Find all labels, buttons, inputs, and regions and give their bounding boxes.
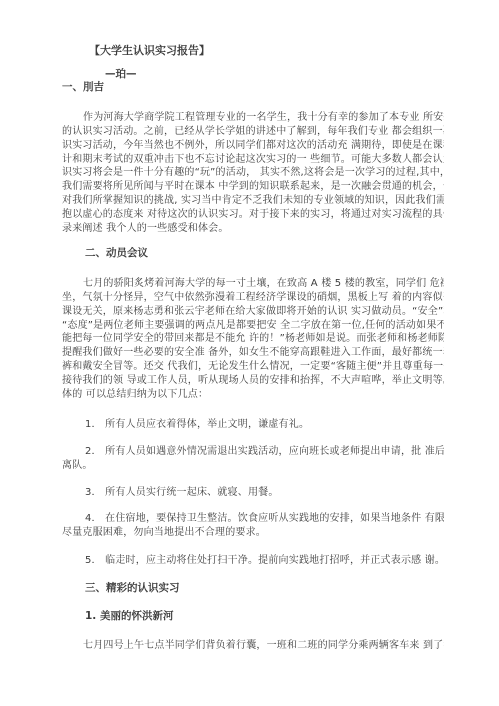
text-line: 对我们所掌握知识的挑战, 实习当中肯定不乏我们未知的专业领域的知识，因此我们需要 <box>62 194 444 208</box>
rule-item-3: 3． 所有人员实行统一起床、就寝、用餐。 <box>62 486 444 500</box>
paragraph-departure: 七月四号上午七点半同学们背负着行囊，一班和二班的同学分乘两辆客车来 到了我 <box>62 639 444 653</box>
document-body: 【大学生认识实习报告】 —珀— 一、刖吉 作为河海大学商学院工程管理专业的一名学… <box>62 44 444 653</box>
text-line: 离队。 <box>62 459 444 473</box>
section-heading-mobilization-meeting: 二、动员会议 <box>62 247 444 261</box>
section-heading-preface: 一、刖吉 <box>62 81 444 95</box>
text-line: 我们需要将所见所闻与平时在课本 中学到的知识联系起来，是一次融会贯通的机会，也是 <box>62 180 444 194</box>
text-line: 能把每一位同学安全的带回来都是不能允 许的！”杨老师如是说。而张老师和杨老师除了 <box>62 332 444 346</box>
text-line: 体的 可以总结归纳为以下几点： <box>62 388 444 402</box>
text-line: 1． 所有人员应衣着得体，举止文明，谦虚有礼。 <box>62 418 444 432</box>
text-line: 裤和戴安全冒等。还交 代我们，无论发生什么情况，一定要“客随主便”并且尊重每一个 <box>62 360 444 374</box>
document-byline: —珀— <box>62 68 444 81</box>
paragraph-mobilization-meeting: 七月的骄阳炙烤着河海大学的每一寸土壤，在致高 A 楼 5 楼的教室，同学们 危襟… <box>62 277 444 402</box>
rule-item-5: 5． 临走时，应主动将住处打扫干净。提前向实践地打招呼，并正式表示感 谢。 <box>62 554 444 568</box>
text-line: 3． 所有人员实行统一起床、就寝、用餐。 <box>62 486 444 500</box>
text-line: 的认识实习活动。之前，已经从学长学姐的讲述中了解到，每年我们专业 都会组织一次认 <box>62 125 444 139</box>
text-line: 识实习将会是一件十分有趣的“玩”的活动， 其实不然,这将会是一次学习的过程,其中… <box>62 166 444 180</box>
subsection-heading-huaihong-river: 1. 美丽的怀洪新河 <box>62 610 444 624</box>
text-line: 七月的骄阳炙烤着河海大学的每一寸土壤，在致高 A 楼 5 楼的教室，同学们 危襟… <box>62 277 444 291</box>
rule-item-2: 2． 所有人员如遇意外情况需退出实践活动，应向班长或老师提出申请，批 准后方可离… <box>62 445 444 473</box>
text-line: 2． 所有人员如遇意外情况需退出实践活动，应向班长或老师提出申请，批 准后方可 <box>62 445 444 459</box>
text-line: 识实习活动，今年当然也不例外，所以同学们都对这次的活动充 满期待，即使是在课程设 <box>62 139 444 153</box>
text-line: 坐，气氛十分怪异，空气中依然弥漫着工程经济学课设的硝烟，黑板上写 着的内容似乎跟 <box>62 291 444 305</box>
text-line: 5． 临走时，应主动将住处打扫干净。提前向实践地打招呼，并正式表示感 谢。 <box>62 554 444 568</box>
document-title: 【大学生认识实习报告】 <box>62 44 444 57</box>
document-page: 【大学生认识实习报告】 —珀— 一、刖吉 作为河海大学商学院工程管理专业的一名学… <box>0 0 499 706</box>
rule-item-4: 4． 在住宿地，要保持卫生整洁。饮食应听从实践地的安排，如果当地条件 有限，应尽… <box>62 512 444 540</box>
text-line: 尽量克服困难，勿向当地提出不合理的要求。 <box>62 526 444 540</box>
text-line: 课设无关，原来杨志勇和张云宇老师在给大家做即将开始的认识 实习做动员。“安全”和 <box>62 305 444 319</box>
rule-item-1: 1． 所有人员应衣着得体，举止文明，谦虚有礼。 <box>62 418 444 432</box>
text-line: 接待我们的领 导或工作人员，听从现场人员的安排和抬挥，不大声喧哗，举止文明等。具 <box>62 374 444 388</box>
section-heading-wonderful-internship: 三、精彩的认识实习 <box>62 582 444 596</box>
text-line: 录来阐述 我个人的一些感受和体会。 <box>62 222 444 236</box>
text-line: 提醒我们做好一些必要的安全准 备外，如女生不能穿高跟鞋进入工作面，最好都统一着长 <box>62 346 444 360</box>
text-line: 4． 在住宿地，要保持卫生整洁。饮食应听从实践地的安排，如果当地条件 有限，应 <box>62 512 444 526</box>
text-line: 抱以虚心的态度来 对待这次的认识实习。对于接下来的实习，将通过对实习流程的具体记 <box>62 208 444 222</box>
text-line: 七月四号上午七点半同学们背负着行囊，一班和二班的同学分乘两辆客车来 到了我 <box>62 639 444 653</box>
text-line: “态度”是两位老师主要强调的两点凡是都要把安 全二字放在第一位,任何的活动如果不 <box>62 319 444 333</box>
text-line: 作为河海大学商学院工程管理专业的一名学生，我十分有幸的参加了本专业 所安排 <box>62 111 444 125</box>
paragraph-preface: 作为河海大学商学院工程管理专业的一名学生，我十分有幸的参加了本专业 所安排的认识… <box>62 111 444 236</box>
text-line: 计和期末考试的双重冲击下也不忘讨论起这次实习的一 些细节。可能大多数人都会认为认 <box>62 153 444 167</box>
